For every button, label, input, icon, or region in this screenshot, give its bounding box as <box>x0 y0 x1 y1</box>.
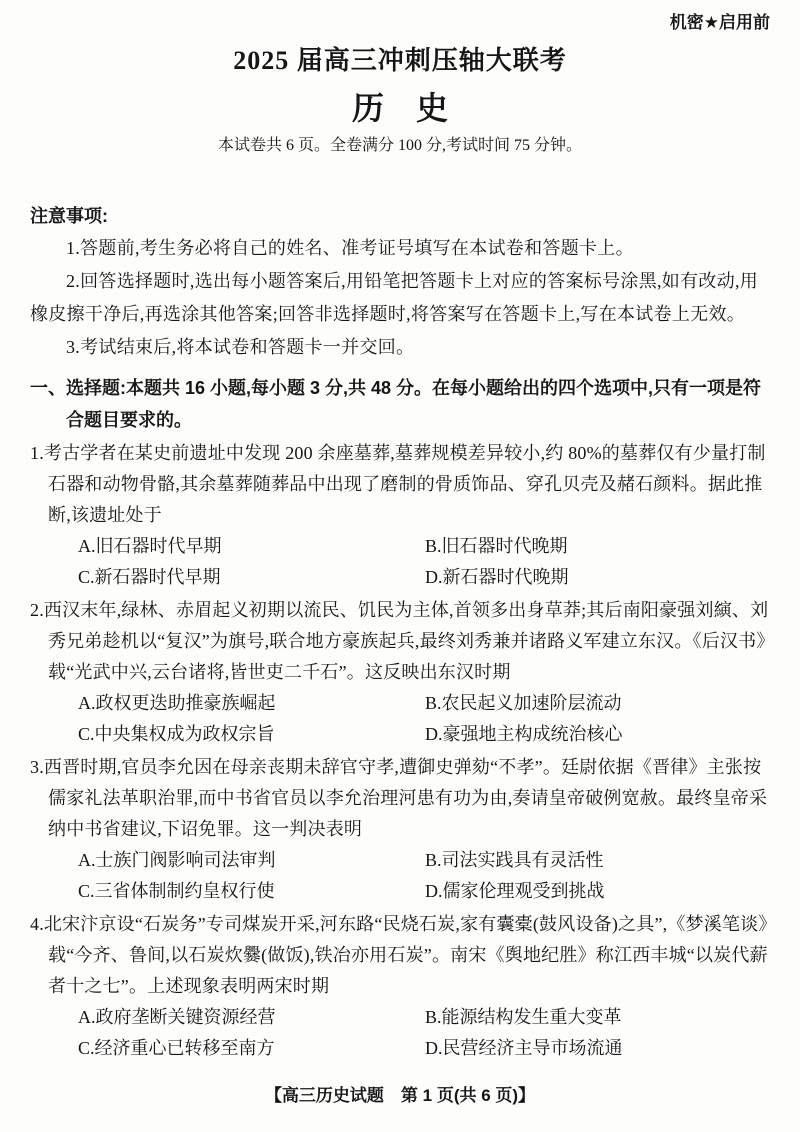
question-4-option-d: D.民营经济主导市场流通 <box>425 1033 770 1064</box>
question-4-options: A.政府垄断关键资源经营 B.能源结构发生重大变革 C.经济重心已转移至南方 D… <box>78 1002 770 1064</box>
question-4: 4.北宋汴京设“石炭务”专司煤炭开采,河东路“民烧石炭,家有囊橐(鼓风设备)之具… <box>30 909 770 1064</box>
confidential-label: 机密★启用前 <box>30 12 770 34</box>
question-2-stem: 2.西汉末年,绿林、赤眉起义初期以流民、饥民为主体,首领多出身草莽;其后南阳豪强… <box>30 595 770 688</box>
page-footer: 【高三历史试题 第 1 页(共 6 页)】 <box>0 1081 800 1106</box>
notice-title: 注意事项: <box>30 200 770 232</box>
question-3-option-c: C.三省体制制约皇权行使 <box>78 876 425 907</box>
question-4-option-a: A.政府垄断关键资源经营 <box>78 1002 425 1033</box>
question-4-option-b: B.能源结构发生重大变革 <box>425 1002 770 1033</box>
question-1-stem: 1.考古学者在某史前遗址中发现 200 余座墓葬,墓葬规模差异较小,约 80%的… <box>30 438 770 531</box>
question-3-options: A.士族门阀影响司法审判 B.司法实践具有灵活性 C.三省体制制约皇权行使 D.… <box>78 845 770 907</box>
subject-title: 历 史 <box>30 86 770 130</box>
question-2-option-c: C.中央集权成为政权宗旨 <box>78 719 425 750</box>
question-3: 3.西晋时期,官员李允因在母亲丧期未辞官守孝,遭御史弹劾“不孝”。廷尉依据《晋律… <box>30 752 770 907</box>
question-1: 1.考古学者在某史前遗址中发现 200 余座墓葬,墓葬规模差异较小,约 80%的… <box>30 438 770 593</box>
question-1-option-b: B.旧石器时代晚期 <box>425 531 770 562</box>
exam-info-line: 本试卷共 6 页。全卷满分 100 分,考试时间 75 分钟。 <box>30 134 770 158</box>
notice-item-3: 3.考试结束后,将本试卷和答题卡一并交回。 <box>30 331 770 364</box>
question-2-option-a: A.政权更迭助推豪族崛起 <box>78 688 425 719</box>
notice-item-1: 1.答题前,考生务必将自己的姓名、准考证号填写在本试卷和答题卡上。 <box>30 232 770 265</box>
question-3-stem: 3.西晋时期,官员李允因在母亲丧期未辞官守孝,遭御史弹劾“不孝”。廷尉依据《晋律… <box>30 752 770 845</box>
section-one-header: 一、选择题:本题共 16 小题,每小题 3 分,共 48 分。在每小题给出的四个… <box>30 372 770 436</box>
question-1-option-d: D.新石器时代晚期 <box>425 562 770 593</box>
question-1-options: A.旧石器时代早期 B.旧石器时代晚期 C.新石器时代早期 D.新石器时代晚期 <box>78 531 770 593</box>
question-2-option-d: D.豪强地主构成统治核心 <box>425 719 770 750</box>
question-4-option-c: C.经济重心已转移至南方 <box>78 1033 425 1064</box>
exam-paper-page: 机密★启用前 2025 届高三冲刺压轴大联考 历 史 本试卷共 6 页。全卷满分… <box>0 0 800 1132</box>
question-3-option-d: D.儒家伦理观受到挑战 <box>425 876 770 907</box>
question-2-options: A.政权更迭助推豪族崛起 B.农民起义加速阶层流动 C.中央集权成为政权宗旨 D… <box>78 688 770 750</box>
exam-title: 2025 届高三冲刺压轴大联考 <box>30 44 770 78</box>
question-4-stem: 4.北宋汴京设“石炭务”专司煤炭开采,河东路“民烧石炭,家有囊橐(鼓风设备)之具… <box>30 909 770 1002</box>
question-2: 2.西汉末年,绿林、赤眉起义初期以流民、饥民为主体,首领多出身草莽;其后南阳豪强… <box>30 595 770 750</box>
notice-item-2: 2.回答选择题时,选出每小题答案后,用铅笔把答题卡上对应的答案标号涂黑,如有改动… <box>30 265 770 331</box>
question-3-option-b: B.司法实践具有灵活性 <box>425 845 770 876</box>
question-1-option-c: C.新石器时代早期 <box>78 562 425 593</box>
question-2-option-b: B.农民起义加速阶层流动 <box>425 688 770 719</box>
question-1-option-a: A.旧石器时代早期 <box>78 531 425 562</box>
notice-section: 注意事项: 1.答题前,考生务必将自己的姓名、准考证号填写在本试卷和答题卡上。 … <box>30 200 770 364</box>
question-3-option-a: A.士族门阀影响司法审判 <box>78 845 425 876</box>
